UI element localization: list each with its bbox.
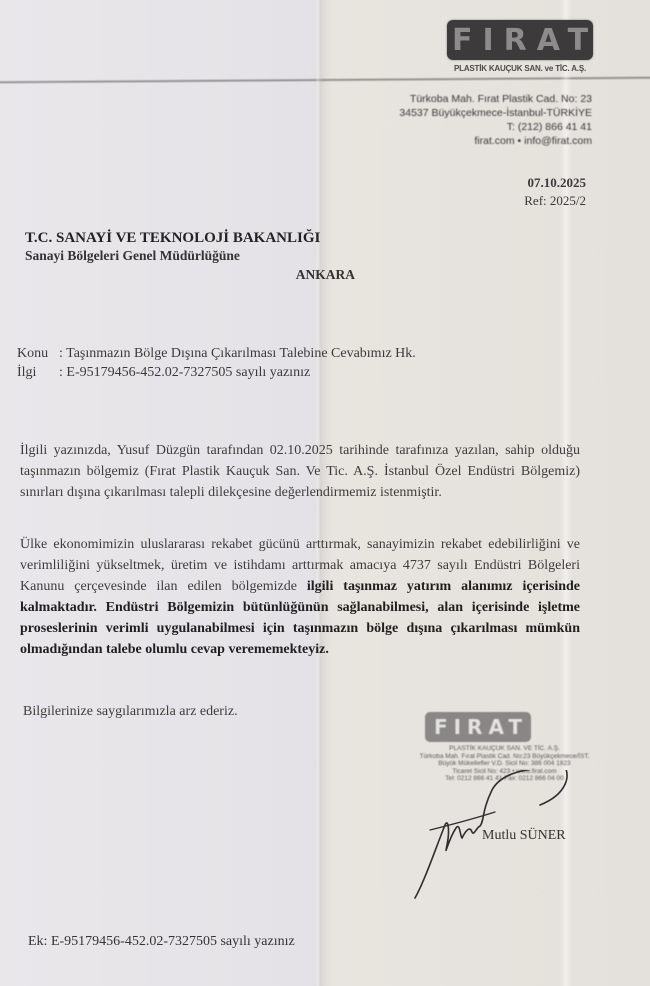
web-email-line: firat.com • info@firat.com: [399, 134, 592, 148]
subject-row: Konu : Taşınmazın Bölge Dışına Çıkarılma…: [17, 344, 416, 363]
address-line: 34537 Büyükçekmece-İstanbul-TÜRKİYE: [399, 106, 592, 120]
subject-value: : Taşınmazın Bölge Dışına Çıkarılması Ta…: [59, 344, 416, 363]
subject-label: Konu: [17, 344, 59, 363]
related-value: : E-95179456-452.02-7327505 sayılı yazın…: [59, 363, 310, 382]
letter-page: FIRAT PLASTİK KAUÇUK SAN. ve TİC. A.Ş. T…: [0, 0, 650, 986]
phone-line: T: (212) 866 41 41: [399, 120, 592, 134]
closing-line: Bilgilerinize saygılarımızla arz ederiz.: [23, 704, 238, 720]
company-address: Türkoba Mah. Fırat Plastik Cad. No: 23 3…: [399, 92, 592, 148]
recipient-ministry: T.C. SANAYİ VE TEKNOLOJİ BAKANLIĞI: [25, 229, 365, 247]
paper-fold-horizontal: [0, 76, 650, 85]
enclosure-line: Ek: E-95179456-452.02-7327505 sayılı yaz…: [28, 934, 295, 950]
recipient-city: ANKARA: [25, 266, 365, 283]
signer-name: Mutlu SÜNER: [482, 828, 566, 844]
related-label: İlgi: [17, 363, 59, 382]
recipient-department: Sanayi Bölgeleri Genel Müdürlüğüne: [25, 247, 365, 264]
body-paragraph-2: Ülke ekonomimizin uluslararası rekabet g…: [20, 534, 580, 660]
stamp-line: Türkoba Mah. Fırat Plastik Cad. No:23 Bü…: [392, 753, 617, 761]
date-reference-block: 07.10.2025 Ref: 2025/2: [524, 174, 586, 210]
body-paragraph-1: İlgili yazınızda, Yusuf Düzgün tarafında…: [20, 440, 580, 503]
related-row: İlgi : E-95179456-452.02-7327505 sayılı …: [17, 363, 416, 382]
stamp-line: Büyük Mükellefler V.D. Sicil No: 386 004…: [392, 760, 617, 768]
stamp-logo-text: FIRAT: [428, 715, 528, 739]
company-logo: FIRAT: [447, 20, 593, 60]
recipient-block: T.C. SANAYİ VE TEKNOLOJİ BAKANLIĞI Sanay…: [25, 229, 365, 283]
reference-number: Ref: 2025/2: [524, 192, 586, 210]
stamp-line: PLASTİK KAUÇUK SAN. VE TİC. A.Ş.: [392, 745, 617, 753]
subject-block: Konu : Taşınmazın Bölge Dışına Çıkarılma…: [17, 344, 416, 382]
logo-text: FIRAT: [442, 23, 598, 58]
company-subtitle: PLASTİK KAUÇUK SAN. ve TİC. A.Ş.: [447, 64, 593, 73]
address-line: Türkoba Mah. Fırat Plastik Cad. No: 23: [399, 92, 592, 106]
company-stamp-logo: FIRAT: [425, 712, 531, 742]
letter-date: 07.10.2025: [524, 174, 586, 192]
